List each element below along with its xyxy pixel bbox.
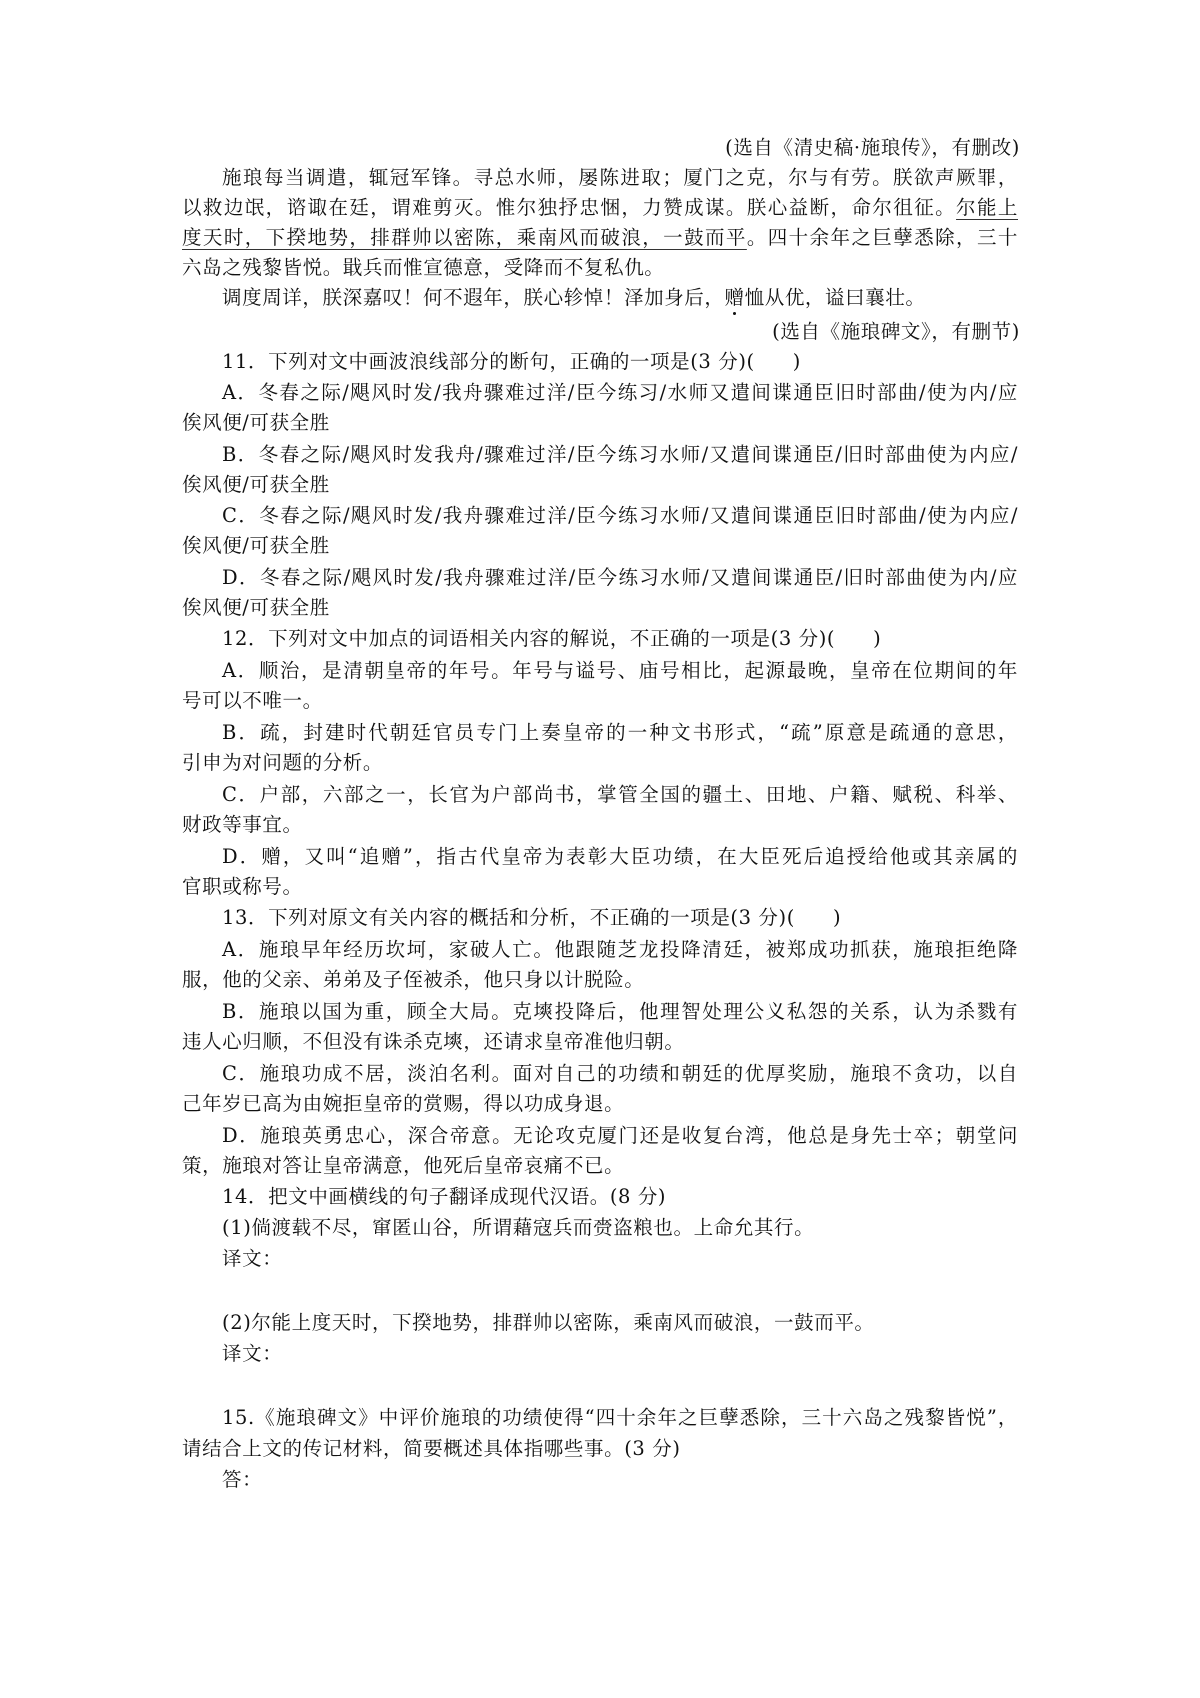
question-11-stem: 11．下列对文中画波浪线部分的断句，正确的一项是(3 分)() (222, 347, 1018, 377)
option-12-c-cont: 财政等事宜。 (182, 810, 1018, 840)
passage-line: 调度周详，朕深嘉叹！何不遐年，朕心轸悼！泽加身后，赠恤从优，谥曰襄壮。 (222, 283, 1018, 313)
passage-text: 调度周详，朕深嘉叹！何不遐年，朕心轸悼！泽加身后， (222, 286, 725, 309)
paren-close: ) (793, 350, 801, 373)
option-12-d-cont: 官职或称号。 (182, 872, 1018, 902)
option-13-b: B．施琅以国为重，顾全大局。克塽投降后，他理智处理公义私怨的关系，认为杀戮有 (222, 997, 1018, 1027)
question-14-stem: 14．把文中画横线的句子翻译成现代汉语。(8 分) (222, 1182, 1018, 1212)
option-13-a: A．施琅早年经历坎坷，家破人亡。他跟随芝龙投降清廷，被郑成功抓获，施琅拒绝降 (222, 935, 1018, 965)
question-14-sentence-1: (1)倘渡载不尽，窜匿山谷，所谓藉寇兵而赍盗粮也。上命允其行。 (222, 1213, 1018, 1243)
option-11-b: B．冬春之际/飓风时发我舟/骤难过洋/臣今练习水师/又遣间谍通臣/旧时部曲使为内… (222, 440, 1018, 470)
underlined-sentence: 尔能上 (956, 196, 1018, 219)
passage-line: 施琅每当调遣，辄冠军锋。寻总水师，屡陈进取；厦门之克，尔与有劳。朕欲声厥罪， (222, 163, 1018, 193)
passage-text: 。四十余年之巨孽悉除，三十 (747, 226, 1018, 249)
option-13-c: C．施琅功成不居，淡泊名利。面对自己的功绩和朝廷的优厚奖励，施琅不贪功，以自 (222, 1059, 1018, 1089)
source-citation-2: (选自《施琅碑文》，有删节) (772, 317, 1020, 347)
question-text: 11．下列对文中画波浪线部分的断句，正确的一项是(3 分)( (222, 350, 755, 373)
option-11-c: C．冬春之际/飓风时发/我舟骤难过洋/臣今练习水师/又遣间谍通臣旧时部曲/使为内… (222, 501, 1018, 531)
option-11-a-cont: 俟风便/可获全胜 (182, 408, 1018, 438)
paren-close: ) (833, 906, 841, 929)
passage-text: 恤从优，谥曰襄壮。 (745, 286, 926, 309)
option-12-a-cont: 号可以不唯一。 (182, 686, 1018, 716)
question-15-stem-cont: 请结合上文的传记材料，简要概述具体指哪些事。(3 分) (182, 1434, 1018, 1464)
option-13-d-cont: 策，施琅对答让皇帝满意，他死后皇帝哀痛不已。 (182, 1151, 1018, 1181)
paren-close: ) (873, 627, 881, 650)
option-13-a-cont: 服，他的父亲、弟弟及子侄被杀，他只身以计脱险。 (182, 965, 1018, 995)
option-13-b-cont: 违人心归顺，不但没有诛杀克塽，还请求皇帝准他归朝。 (182, 1027, 1018, 1057)
option-11-a: A．冬春之际/飓风时发/我舟骤难过洋/臣今练习/水师又遣间谍通臣旧时部曲/使为内… (222, 378, 1018, 408)
option-13-c-cont: 己年岁已高为由婉拒皇帝的赏赐，得以功成身退。 (182, 1089, 1018, 1119)
translation-label-2: 译文： (222, 1339, 1018, 1369)
question-text: 12．下列对文中加点的词语相关内容的解说，不正确的一项是(3 分)( (222, 627, 835, 650)
option-11-c-cont: 俟风便/可获全胜 (182, 531, 1018, 561)
underlined-sentence: 度天时，下揆地势，排群帅以密陈，乘南风而破浪，一鼓而平 (182, 226, 747, 249)
exam-page: (选自《清史稿·施琅传》，有删改) 施琅每当调遣，辄冠军锋。寻总水师，屡陈进取；… (0, 0, 1200, 1698)
emphasis-dot-word: 赠 (725, 286, 745, 309)
passage-line: 以救边氓，谘诹在廷，谓难剪灭。惟尔独抒忠悃，力赞成谋。朕心益断，命尔徂征。尔能上 (182, 193, 1018, 223)
passage-line: 六岛之残黎皆悦。戢兵而惟宣德意，受降而不复私仇。 (182, 253, 1018, 283)
option-12-a: A．顺治，是清朝皇帝的年号。年号与谥号、庙号相比，起源最晚，皇帝在位期间的年 (222, 656, 1018, 686)
passage-text: 以救边氓，谘诹在廷，谓难剪灭。惟尔独抒忠悃，力赞成谋。朕心益断，命尔徂征。 (182, 196, 956, 219)
option-12-c: C．户部，六部之一，长官为户部尚书，掌管全国的疆土、田地、户籍、赋税、科举、 (222, 780, 1018, 810)
question-15-stem: 15.《施琅碑文》中评价施琅的功绩使得“四十余年之巨孽悉除，三十六岛之残黎皆悦”… (222, 1403, 1018, 1433)
option-12-b: B．疏，封建时代朝廷官员专门上奏皇帝的一种文书形式，“疏”原意是疏通的意思， (222, 718, 1018, 748)
option-13-d: D．施琅英勇忠心，深合帝意。无论攻克厦门还是收复台湾，他总是身先士卒；朝堂问 (222, 1121, 1018, 1151)
option-11-d: D．冬春之际/飓风时发/我舟骤难过洋/臣今练习水师/又遣间谍通臣/旧时部曲使为内… (222, 563, 1018, 593)
passage-line: 度天时，下揆地势，排群帅以密陈，乘南风而破浪，一鼓而平。四十余年之巨孽悉除，三十 (182, 223, 1018, 253)
question-text: 13．下列对原文有关内容的概括和分析，不正确的一项是(3 分)( (222, 906, 795, 929)
option-12-b-cont: 引申为对问题的分析。 (182, 748, 1018, 778)
option-12-d: D．赠，又叫“追赠”，指古代皇帝为表彰大臣功绩，在大臣死后追授给他或其亲属的 (222, 842, 1018, 872)
translation-label-1: 译文： (222, 1244, 1018, 1274)
option-11-b-cont: 俟风便/可获全胜 (182, 470, 1018, 500)
question-12-stem: 12．下列对文中加点的词语相关内容的解说，不正确的一项是(3 分)() (222, 624, 1018, 654)
option-11-d-cont: 俟风便/可获全胜 (182, 593, 1018, 623)
source-citation-1: (选自《清史稿·施琅传》，有删改) (725, 133, 1020, 163)
question-14-sentence-2: (2)尔能上度天时，下揆地势，排群帅以密陈，乘南风而破浪，一鼓而平。 (222, 1308, 1018, 1338)
question-13-stem: 13．下列对原文有关内容的概括和分析，不正确的一项是(3 分)() (222, 903, 1018, 933)
answer-label: 答： (222, 1465, 1018, 1495)
